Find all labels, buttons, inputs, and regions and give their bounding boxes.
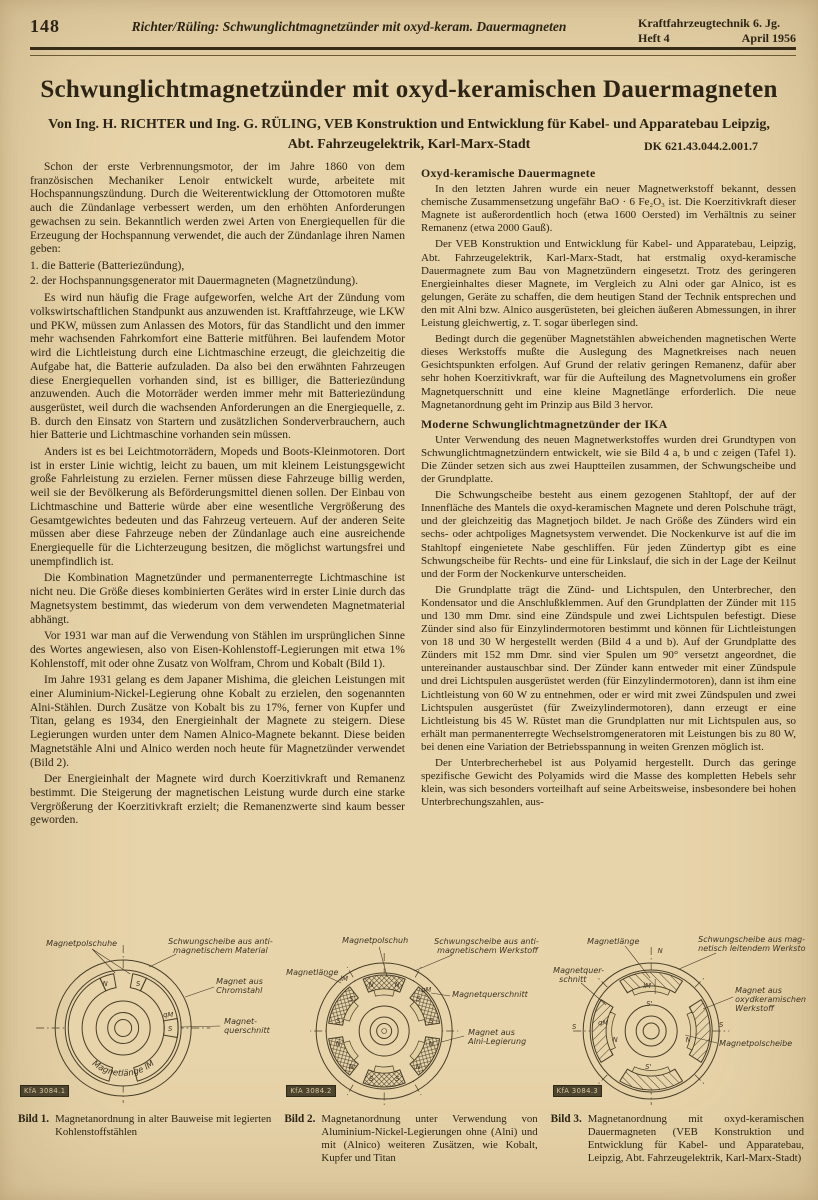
pole-marker: N [416, 1063, 421, 1071]
caption-label: Bild 2. [284, 1113, 315, 1165]
figure-label: Magnetpolschuh [342, 936, 408, 945]
list-item: 1. die Batterie (Batteriezündung), [30, 260, 405, 274]
figure-label: magnetischem Material [173, 946, 268, 955]
paragraph: Anders ist es bei Leichtmotorrädern, Mop… [30, 446, 405, 569]
figure-label: Magnetquerschnitt [452, 990, 528, 999]
paragraph: Die Schwungscheibe besteht aus einem gez… [421, 489, 796, 581]
numbered-list: 1. die Batterie (Batteriezündung), 2. de… [30, 260, 405, 288]
figure-label: magnetischem Werkstoff [437, 946, 539, 955]
pole-marker: S [395, 1075, 400, 1083]
right-column: Oxyd-keramische Dauermagnete In den letz… [421, 161, 796, 933]
pole-marker: N [685, 1036, 690, 1044]
list-item: 2. der Hochspannungsgenerator mit Dauerm… [30, 275, 405, 289]
pole-marker: S [572, 1023, 577, 1031]
paragraph: Die Grundplatte trägt die Zünd- und Lich… [421, 584, 796, 754]
figure-label: Schwungscheibe aus mag- [698, 935, 805, 944]
dimension-marker: lM [341, 975, 349, 983]
caption-text: Magnetanordnung in alter Bauweise mit le… [55, 1113, 271, 1139]
article-title: Schwunglichtmagnetzünder mit oxyd-kerami… [0, 76, 818, 104]
paragraph: In den letzten Jahren wurde ein neuer Ma… [421, 183, 796, 235]
figure-caption: Bild 1. Magnetanordnung in alter Bauweis… [16, 1113, 273, 1139]
paragraph: Bedingt durch die gegenüber Magnetstähle… [421, 333, 796, 412]
pole-marker: S [349, 995, 354, 1003]
running-title: Richter/Rüling: Schwunglichtmagnetzünder… [60, 16, 638, 35]
dimension-marker: lM [643, 982, 651, 990]
figure-label: Magnetlänge [587, 937, 639, 946]
paragraph: Unter Verwendung des neuen Magnetwerksto… [421, 434, 796, 486]
kfa-tag: KfA 3084.2 [286, 1085, 335, 1097]
pole-marker: N [395, 981, 400, 989]
caption-label: Bild 1. [18, 1113, 49, 1139]
journal-date: April 1956 [742, 31, 796, 46]
paragraph: Die Kombination Magnetzünder und permane… [30, 572, 405, 627]
figure-caption: Bild 3. Magnetanordnung mit oxyd-keramis… [549, 1113, 806, 1165]
pole-marker: S' [646, 1000, 652, 1008]
figure-label: Magnetlänge [286, 968, 338, 977]
section-heading: Oxyd-keramische Dauermagnete [421, 167, 796, 180]
paragraph: Der Unterbrecherhebel ist aus Polyamid h… [421, 757, 796, 809]
pole-marker: N [612, 1036, 617, 1044]
figure-label: Magnetpolscheibe [719, 1039, 792, 1048]
figure-bild-2: N N S S N N S S N N S S lM qM [282, 933, 539, 1165]
kfa-tag: KfA 3084.3 [553, 1085, 602, 1097]
pole-marker: S [429, 1017, 434, 1025]
pole-marker: S [136, 980, 141, 988]
figure-label: Magnet aus [735, 986, 782, 995]
kfa-tag: KfA 3084.1 [20, 1085, 69, 1097]
pole-marker: qM [163, 1011, 173, 1019]
figure-label: Chromstahl [216, 986, 263, 995]
figure-label: Schwungscheibe aus anti- [168, 937, 273, 946]
paragraph: Im Jahre 1931 gelang es dem Japaner Mish… [30, 674, 405, 770]
pole-marker: N [349, 1063, 354, 1071]
pole-marker: N [103, 980, 108, 988]
pole-marker: S [336, 1017, 341, 1025]
caption-label: Bild 3. [551, 1113, 582, 1165]
left-column: Schon der erste Verbrennungsmotor, der i… [30, 161, 405, 933]
figure-label: Magnetpolschuhe [46, 939, 117, 948]
section-heading: Moderne Schwunglichtmagnetzünder der IKA [421, 418, 796, 431]
article-body: Schon der erste Verbrennungsmotor, der i… [30, 161, 796, 933]
paragraph: Der VEB Konstruktion und Entwicklung für… [421, 238, 796, 330]
pole-marker: S [416, 995, 421, 1003]
paragraph: Schon der erste Verbrennungsmotor, der i… [30, 161, 405, 257]
figure-label: netisch leitendem Werkstoff [698, 944, 806, 953]
pole-marker: S' [645, 1063, 651, 1071]
journal-issue: Heft 4 [638, 31, 670, 46]
paragraph: Vor 1931 war man auf die Verwendung von … [30, 630, 405, 671]
figure-label: Magnet aus [468, 1028, 515, 1037]
paragraph: Der Energieinhalt der Magnete wird durch… [30, 773, 405, 828]
figure-bild-1: N S S qM Magnetpolschuhe Schwungscheibe … [16, 933, 273, 1165]
caption-text: Magnetanordnung mit oxyd-keramischen Dau… [588, 1113, 804, 1165]
figure-label: Werkstoff [735, 1004, 775, 1013]
page-header: 148 Richter/Rüling: Schwunglichtmagnetzü… [30, 16, 796, 46]
dimension-marker: qM [421, 986, 431, 994]
figure-label: Magnet aus [216, 977, 263, 986]
figures-row: N S S qM Magnetpolschuhe Schwungscheibe … [16, 933, 806, 1165]
figure-diagram-alni-design: N N S S N N S S N N S S lM qM [282, 933, 539, 1105]
pole-marker: S [719, 1021, 724, 1029]
pole-marker: N [336, 1040, 341, 1048]
pole-marker: N [429, 1040, 434, 1048]
header-rule [30, 47, 796, 56]
figure-label: Magnet- [224, 1017, 257, 1026]
figure-label: Alni-Legierung [467, 1037, 526, 1046]
dk-number: DK 621.43.044.2.001.7 [644, 139, 758, 154]
caption-text: Magnetanordnung unter Verwendung von Alu… [321, 1113, 537, 1165]
figure-label: oxydkeramischem [735, 995, 806, 1004]
pole-marker: S [369, 1075, 374, 1083]
pole-marker: N [657, 947, 662, 955]
paragraph: Es wird nun häufig die Frage aufgeworfen… [30, 292, 405, 443]
figure-label: Magnetquer- [553, 966, 604, 975]
journal-info: Kraftfahrzeugtechnik 6. Jg. Heft 4 April… [638, 16, 796, 46]
pole-marker: S [168, 1025, 173, 1033]
figure-diagram-oxide-ceramic-design: N lM S' S qM N S N S' [549, 933, 806, 1105]
figure-label: Schwungscheibe aus anti- [434, 937, 539, 946]
figure-label: querschnitt [224, 1026, 270, 1035]
figure-caption: Bild 2. Magnetanordnung unter Verwendung… [282, 1113, 539, 1165]
figure-bild-3: N lM S' S qM N S N S' [549, 933, 806, 1165]
pole-marker: N [369, 981, 374, 989]
authors-line-1: Von Ing. H. RICHTER und Ing. G. RÜLING, … [0, 117, 818, 133]
figure-label: schnitt [559, 975, 587, 984]
figure-diagram-old-design: N S S qM Magnetpolschuhe Schwungscheibe … [16, 933, 273, 1105]
journal-name: Kraftfahrzeugtechnik 6. Jg. [638, 16, 796, 31]
dimension-marker: qM [598, 1019, 608, 1027]
page-number: 148 [30, 16, 60, 37]
journal-page: 148 Richter/Rüling: Schwunglichtmagnetzü… [0, 0, 818, 1200]
